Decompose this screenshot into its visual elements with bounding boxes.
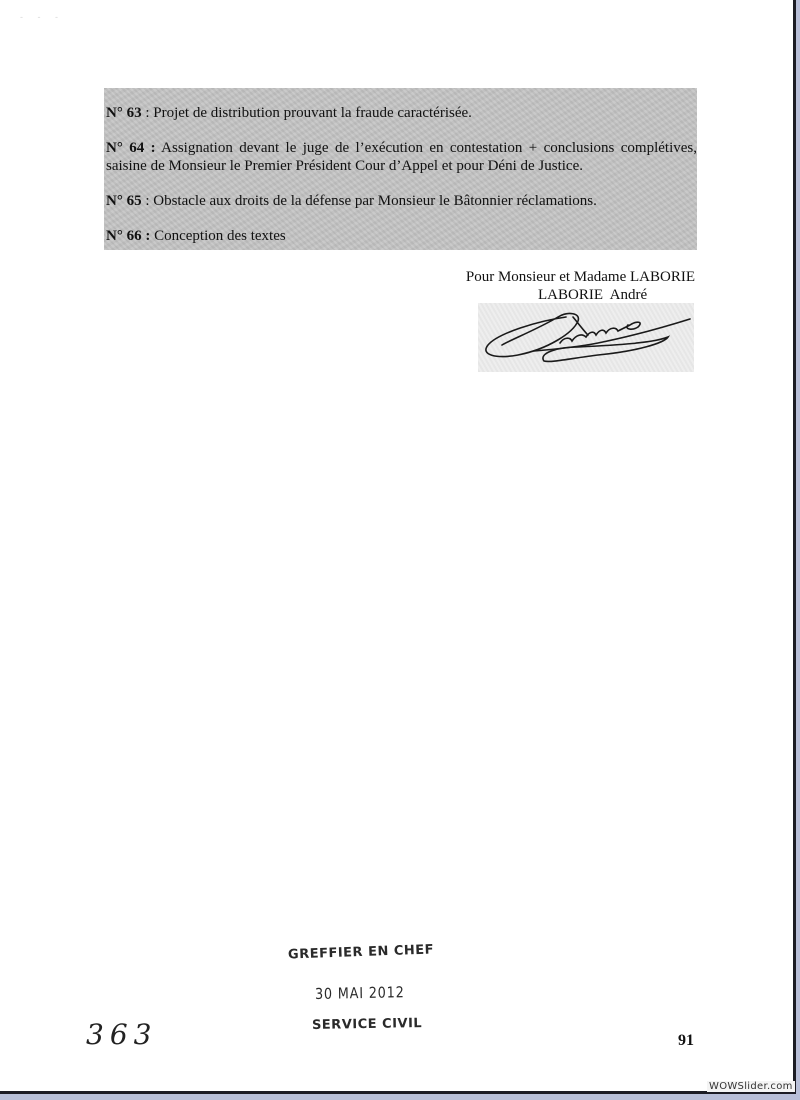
list-item: N° 64 : Assignation devant le juge de l’… — [106, 139, 697, 175]
signature-icon — [478, 303, 694, 372]
highlighted-items-box: N° 63 : Projet de distribution prouvant … — [104, 88, 697, 250]
stamp-title: GREFFIER EN CHEF — [288, 942, 434, 962]
item-number: N° 65 — [106, 193, 142, 209]
page-number: 91 — [678, 1032, 694, 1050]
item-number: N° 66 : — [106, 228, 150, 244]
item-text: Assignation devant le juge de l’exécutio… — [106, 140, 697, 174]
stamp-department: SERVICE CIVIL — [312, 1016, 422, 1033]
signatory-line-1: Pour Monsieur et Madame LABORIE — [440, 268, 695, 286]
handwritten-number: 363 — [86, 1018, 157, 1051]
list-item: N° 65 : Obstacle aux droits de la défens… — [106, 192, 697, 210]
signatory-block: Pour Monsieur et Madame LABORIE LABORIE … — [440, 268, 695, 286]
watermark-link[interactable]: WOWSlider.com — [707, 1081, 795, 1092]
item-number: N° 63 — [106, 105, 142, 121]
signatory-name: LABORIE André — [538, 286, 647, 304]
signature-image — [478, 303, 694, 372]
scan-marks: - - - — [20, 12, 64, 22]
item-number: N° 64 : — [106, 140, 156, 156]
list-item: N° 63 : Projet de distribution prouvant … — [106, 104, 697, 122]
item-text: Obstacle aux droits de la défense par Mo… — [153, 193, 597, 209]
stamp-date: 30 MAI 2012 — [315, 983, 405, 1003]
document-page: - - - N° 63 : Projet de distribution pro… — [0, 0, 796, 1094]
item-text: Projet de distribution prouvant la fraud… — [153, 105, 472, 121]
item-text: Conception des textes — [154, 228, 286, 244]
list-item: N° 66 : Conception des textes — [106, 227, 697, 245]
